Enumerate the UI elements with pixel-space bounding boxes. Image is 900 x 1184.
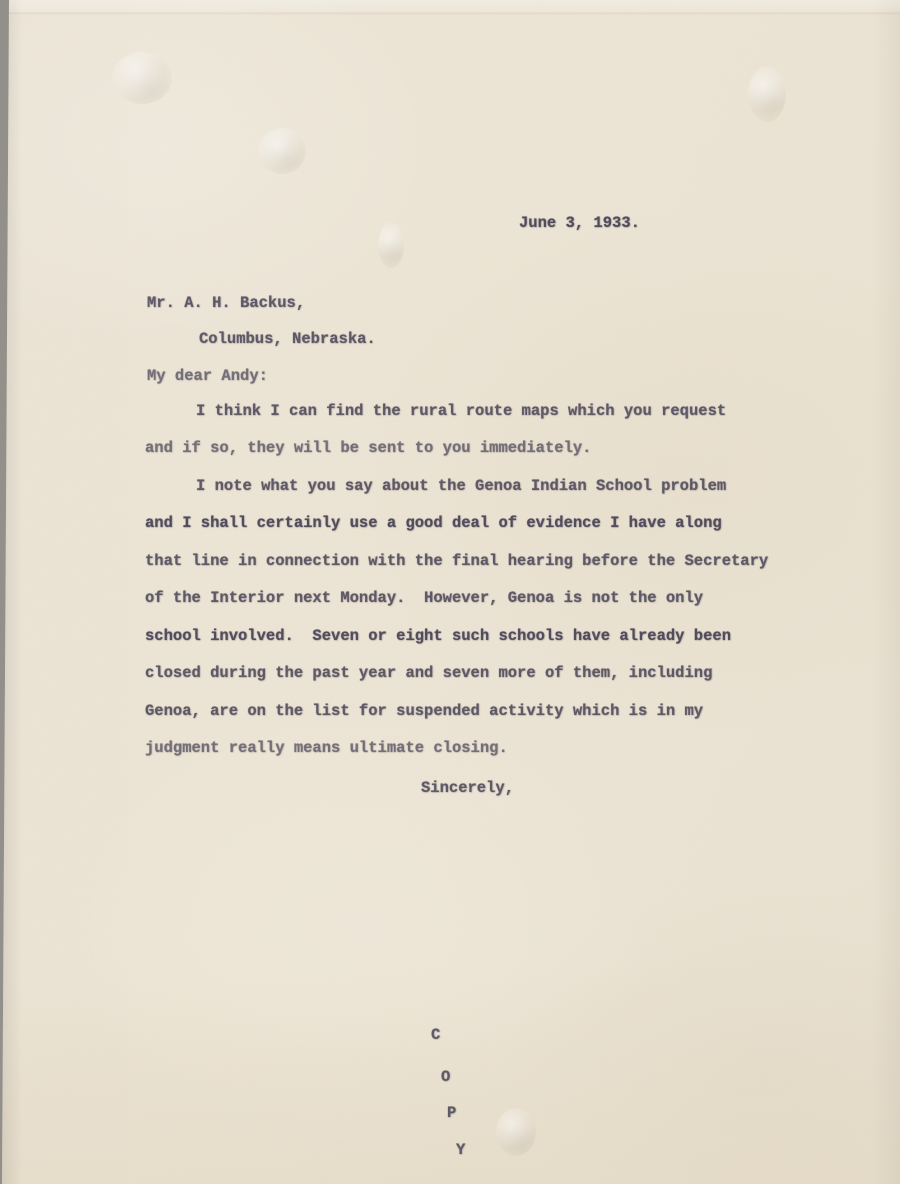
paper-emboss-mark: [496, 1108, 536, 1156]
body-line: and if so, they will be sent to you imme…: [145, 441, 591, 457]
date-line: June 3, 1933.: [519, 216, 640, 232]
paper-emboss-mark: [258, 128, 306, 174]
recipient-city-line: Columbus, Nebraska.: [199, 332, 376, 348]
body-line: I think I can find the rural route maps …: [196, 404, 726, 420]
paper-emboss-mark: [112, 52, 172, 104]
copy-stamp-letter: Y: [456, 1143, 465, 1159]
body-line: school involved. Seven or eight such sch…: [145, 629, 731, 645]
paper-emboss-mark: [378, 222, 404, 268]
copy-stamp-letter: P: [447, 1106, 456, 1122]
letter-paper: June 3, 1933. Mr. A. H. Backus, Columbus…: [0, 0, 900, 1184]
body-line: I note what you say about the Genoa Indi…: [196, 479, 726, 495]
body-line: closed during the past year and seven mo…: [145, 666, 712, 682]
copy-stamp-letter: O: [441, 1070, 450, 1086]
recipient-name-line: Mr. A. H. Backus,: [147, 296, 305, 312]
body-line: judgment really means ultimate closing.: [145, 741, 508, 757]
closing-line: Sincerely,: [421, 781, 514, 797]
body-line: and I shall certainly use a good deal of…: [145, 516, 722, 532]
body-line: that line in connection with the final h…: [145, 554, 768, 570]
copy-stamp-letter: C: [431, 1028, 440, 1044]
salutation-line: My dear Andy:: [147, 369, 268, 385]
paper-emboss-mark: [748, 66, 786, 122]
body-line: Genoa, are on the list for suspended act…: [145, 704, 703, 720]
body-line: of the Interior next Monday. However, Ge…: [145, 591, 703, 607]
